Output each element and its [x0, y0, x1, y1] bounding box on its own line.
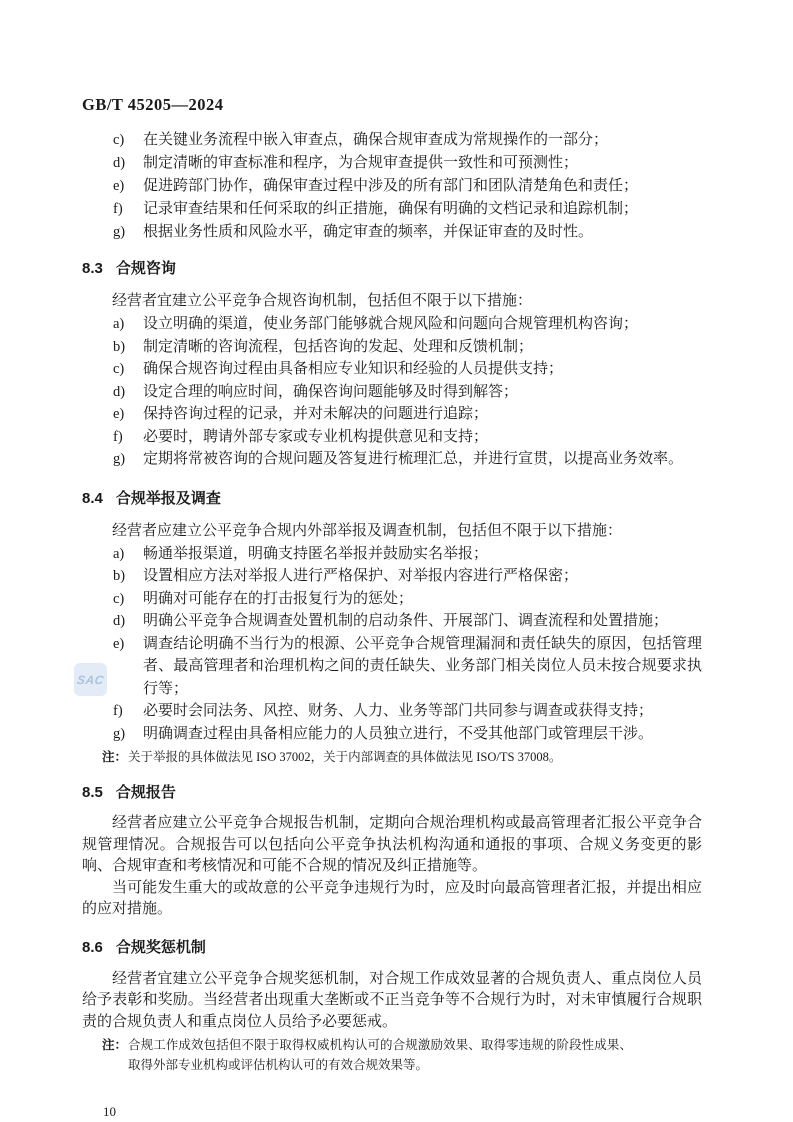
list-item: e)保持咨询过程的记录，并对未解决的问题进行追踪；: [82, 403, 702, 426]
section-heading: 8.4合规举报及调查: [82, 489, 702, 509]
list-item-label: g): [113, 221, 143, 244]
list-item-text: 记录审查结果和任何采取的纠正措施，确保有明确的文档记录和追踪机制；: [143, 198, 702, 221]
list-item-text: 畅通举报渠道，明确支持匿名举报并鼓励实名举报；: [143, 543, 702, 566]
list-item: f)必要时，聘请外部专家或专业机构提供意见和支持；: [82, 426, 702, 449]
list-item: g)明确调查过程由具备相应能力的人员独立进行，不受其他部门或管理层干涉。: [82, 723, 702, 746]
section-8-5-compliance-reporting: 8.5合规报告 经营者应建立公平竞争合规报告机制，定期向合规治理机构或最高管理者…: [82, 783, 702, 921]
list-item-text: 定期将常被咨询的合规问题及答复进行梳理汇总，并进行宣贯，以提高业务效率。: [143, 448, 702, 471]
list-item-text: 设立明确的渠道，使业务部门能够就合规风险和问题向合规管理机构咨询；: [143, 313, 702, 336]
section-number: 8.4: [82, 490, 103, 507]
list-item-label: c): [113, 588, 143, 611]
list-item: a)设立明确的渠道，使业务部门能够就合规风险和问题向合规管理机构咨询；: [82, 313, 702, 336]
list-item-text: 明确对可能存在的打击报复行为的惩处；: [143, 588, 702, 611]
list-item: e)调查结论明确不当行为的根源、公平竞争合规管理漏洞和责任缺失的原因，包括管理者…: [82, 633, 702, 701]
list-item-label: e): [113, 633, 143, 656]
list-item-text: 明确公平竞争合规调查处置机制的启动条件、开展部门、调查流程和处置措施；: [143, 610, 702, 633]
list-item: e)促进跨部门协作，确保审查过程中涉及的所有部门和团队清楚角色和责任；: [82, 175, 702, 198]
section-note: 注：合规工作成效包括但不限于取得权威机构认可的合规激励效果、取得零违规的阶段性成…: [102, 1035, 702, 1075]
list-item-label: f): [113, 426, 143, 449]
section-number: 8.3: [82, 260, 103, 277]
list-item-label: b): [113, 565, 143, 588]
list-item-text: 必要时会同法务、风控、财务、人力、业务等部门共同参与调查或获得支持；: [143, 700, 702, 723]
body-paragraph: 当可能发生重大的或故意的公平竞争违规行为时，应及时向最高管理者汇报，并提出相应的…: [82, 878, 702, 921]
document-page: SAC GB/T 45205—2024 c)在关键业务流程中嵌入审查点，确保合规…: [0, 0, 793, 1122]
list-item: b)设置相应方法对举报人进行严格保护、对举报内容进行严格保密；: [82, 565, 702, 588]
body-paragraph: 经营者应建立公平竞争合规报告机制，定期向合规治理机构或最高管理者汇报公平竞争合规…: [82, 813, 702, 878]
list-item: d)设定合理的响应时间，确保咨询问题能够及时得到解答；: [82, 381, 702, 404]
list-item-text: 设置相应方法对举报人进行严格保护、对举报内容进行严格保密；: [143, 565, 702, 588]
list-item: b)制定清晰的咨询流程，包括咨询的发起、处理和反馈机制；: [82, 336, 702, 359]
list-item-label: a): [113, 543, 143, 566]
section-title: 合规报告: [116, 784, 176, 801]
list-item-label: g): [113, 723, 143, 746]
section-title: 合规咨询: [116, 260, 176, 277]
list-item-text: 确保合规咨询过程由具备相应专业知识和经验的人员提供支持；: [143, 358, 702, 381]
list-item-label: c): [113, 129, 143, 152]
section-8-4-reporting-investigation: 8.4合规举报及调查 经营者应建立公平竞争合规内外部举报及调查机制，包括但不限于…: [82, 489, 702, 768]
list-item-text: 调查结论明确不当行为的根源、公平竞争合规管理漏洞和责任缺失的原因，包括管理者、最…: [143, 633, 702, 701]
list-item-label: e): [113, 403, 143, 426]
reporting-measures-list: a)畅通举报渠道，明确支持匿名举报并鼓励实名举报； b)设置相应方法对举报人进行…: [82, 543, 702, 746]
section-title: 合规举报及调查: [116, 490, 221, 507]
list-item: g)根据业务性质和风险水平，确定审查的频率，并保证审查的及时性。: [82, 221, 702, 244]
note-text: 合规工作成效包括但不限于取得权威机构认可的合规激励效果、取得零违规的阶段性成果、…: [128, 1035, 702, 1075]
section-note: 注：关于举报的具体做法见 ISO 37002，关于内部调查的具体做法见 ISO/…: [102, 747, 702, 767]
page-number: 10: [103, 1104, 702, 1120]
sac-logo-watermark: SAC: [74, 663, 107, 696]
section-heading: 8.6合规奖惩机制: [82, 938, 702, 958]
note-label: 注：: [102, 1035, 128, 1055]
list-item: c)明确对可能存在的打击报复行为的惩处；: [82, 588, 702, 611]
standard-number-header: GB/T 45205—2024: [82, 96, 702, 113]
list-item-text: 促进跨部门协作，确保审查过程中涉及的所有部门和团队清楚角色和责任；: [143, 175, 702, 198]
note-label: 注：: [102, 747, 128, 767]
list-item-label: e): [113, 175, 143, 198]
section-number: 8.6: [82, 939, 103, 956]
section-title: 合规奖惩机制: [116, 939, 206, 956]
body-paragraph: 经营者宜建立公平竞争合规奖惩机制，对合规工作成效显著的合规负责人、重点岗位人员给…: [82, 969, 702, 1034]
list-item-label: d): [113, 381, 143, 404]
section-intro: 经营者宜建立公平竞争合规咨询机制，包括但不限于以下措施：: [82, 290, 702, 312]
list-item: d)明确公平竞争合规调查处置机制的启动条件、开展部门、调查流程和处置措施；: [82, 610, 702, 633]
list-item-text: 保持咨询过程的记录，并对未解决的问题进行追踪；: [143, 403, 702, 426]
list-item-label: c): [113, 358, 143, 381]
list-item-label: d): [113, 610, 143, 633]
list-item-label: f): [113, 198, 143, 221]
section-heading: 8.5合规报告: [82, 783, 702, 803]
review-measures-list-continuation: c)在关键业务流程中嵌入审查点，确保合规审查成为常规操作的一部分； d)制定清晰…: [82, 129, 702, 244]
list-item: c)确保合规咨询过程由具备相应专业知识和经验的人员提供支持；: [82, 358, 702, 381]
list-item: d)制定清晰的审查标准和程序，为合规审查提供一致性和可预测性；: [82, 152, 702, 175]
list-item: f)记录审查结果和任何采取的纠正措施，确保有明确的文档记录和追踪机制；: [82, 198, 702, 221]
list-item-label: g): [113, 448, 143, 471]
list-item: f)必要时会同法务、风控、财务、人力、业务等部门共同参与调查或获得支持；: [82, 700, 702, 723]
list-item-label: d): [113, 152, 143, 175]
section-8-3-compliance-consulting: 8.3合规咨询 经营者宜建立公平竞争合规咨询机制，包括但不限于以下措施： a)设…: [82, 259, 702, 471]
list-item-text: 制定清晰的咨询流程，包括咨询的发起、处理和反馈机制；: [143, 336, 702, 359]
sac-logo-text: SAC: [76, 673, 105, 687]
list-item: c)在关键业务流程中嵌入审查点，确保合规审查成为常规操作的一部分；: [82, 129, 702, 152]
section-intro: 经营者应建立公平竞争合规内外部举报及调查机制，包括但不限于以下措施：: [82, 520, 702, 542]
list-item-label: b): [113, 336, 143, 359]
consulting-measures-list: a)设立明确的渠道，使业务部门能够就合规风险和问题向合规管理机构咨询； b)制定…: [82, 313, 702, 471]
list-item-text: 必要时，聘请外部专家或专业机构提供意见和支持；: [143, 426, 702, 449]
list-item-text: 明确调查过程由具备相应能力的人员独立进行，不受其他部门或管理层干涉。: [143, 723, 702, 746]
list-item-text: 在关键业务流程中嵌入审查点，确保合规审查成为常规操作的一部分；: [143, 129, 702, 152]
list-item-label: f): [113, 700, 143, 723]
section-number: 8.5: [82, 784, 103, 801]
list-item-label: a): [113, 313, 143, 336]
list-item: a)畅通举报渠道，明确支持匿名举报并鼓励实名举报；: [82, 543, 702, 566]
section-8-6-reward-punishment: 8.6合规奖惩机制 经营者宜建立公平竞争合规奖惩机制，对合规工作成效显著的合规负…: [82, 938, 702, 1076]
list-item-text: 设定合理的响应时间，确保咨询问题能够及时得到解答；: [143, 381, 702, 404]
section-heading: 8.3合规咨询: [82, 259, 702, 279]
list-item-text: 制定清晰的审查标准和程序，为合规审查提供一致性和可预测性；: [143, 152, 702, 175]
list-item-text: 根据业务性质和风险水平，确定审查的频率，并保证审查的及时性。: [143, 221, 702, 244]
list-item: g)定期将常被咨询的合规问题及答复进行梳理汇总，并进行宣贯，以提高业务效率。: [82, 448, 702, 471]
note-text: 关于举报的具体做法见 ISO 37002，关于内部调查的具体做法见 ISO/TS…: [128, 747, 702, 767]
